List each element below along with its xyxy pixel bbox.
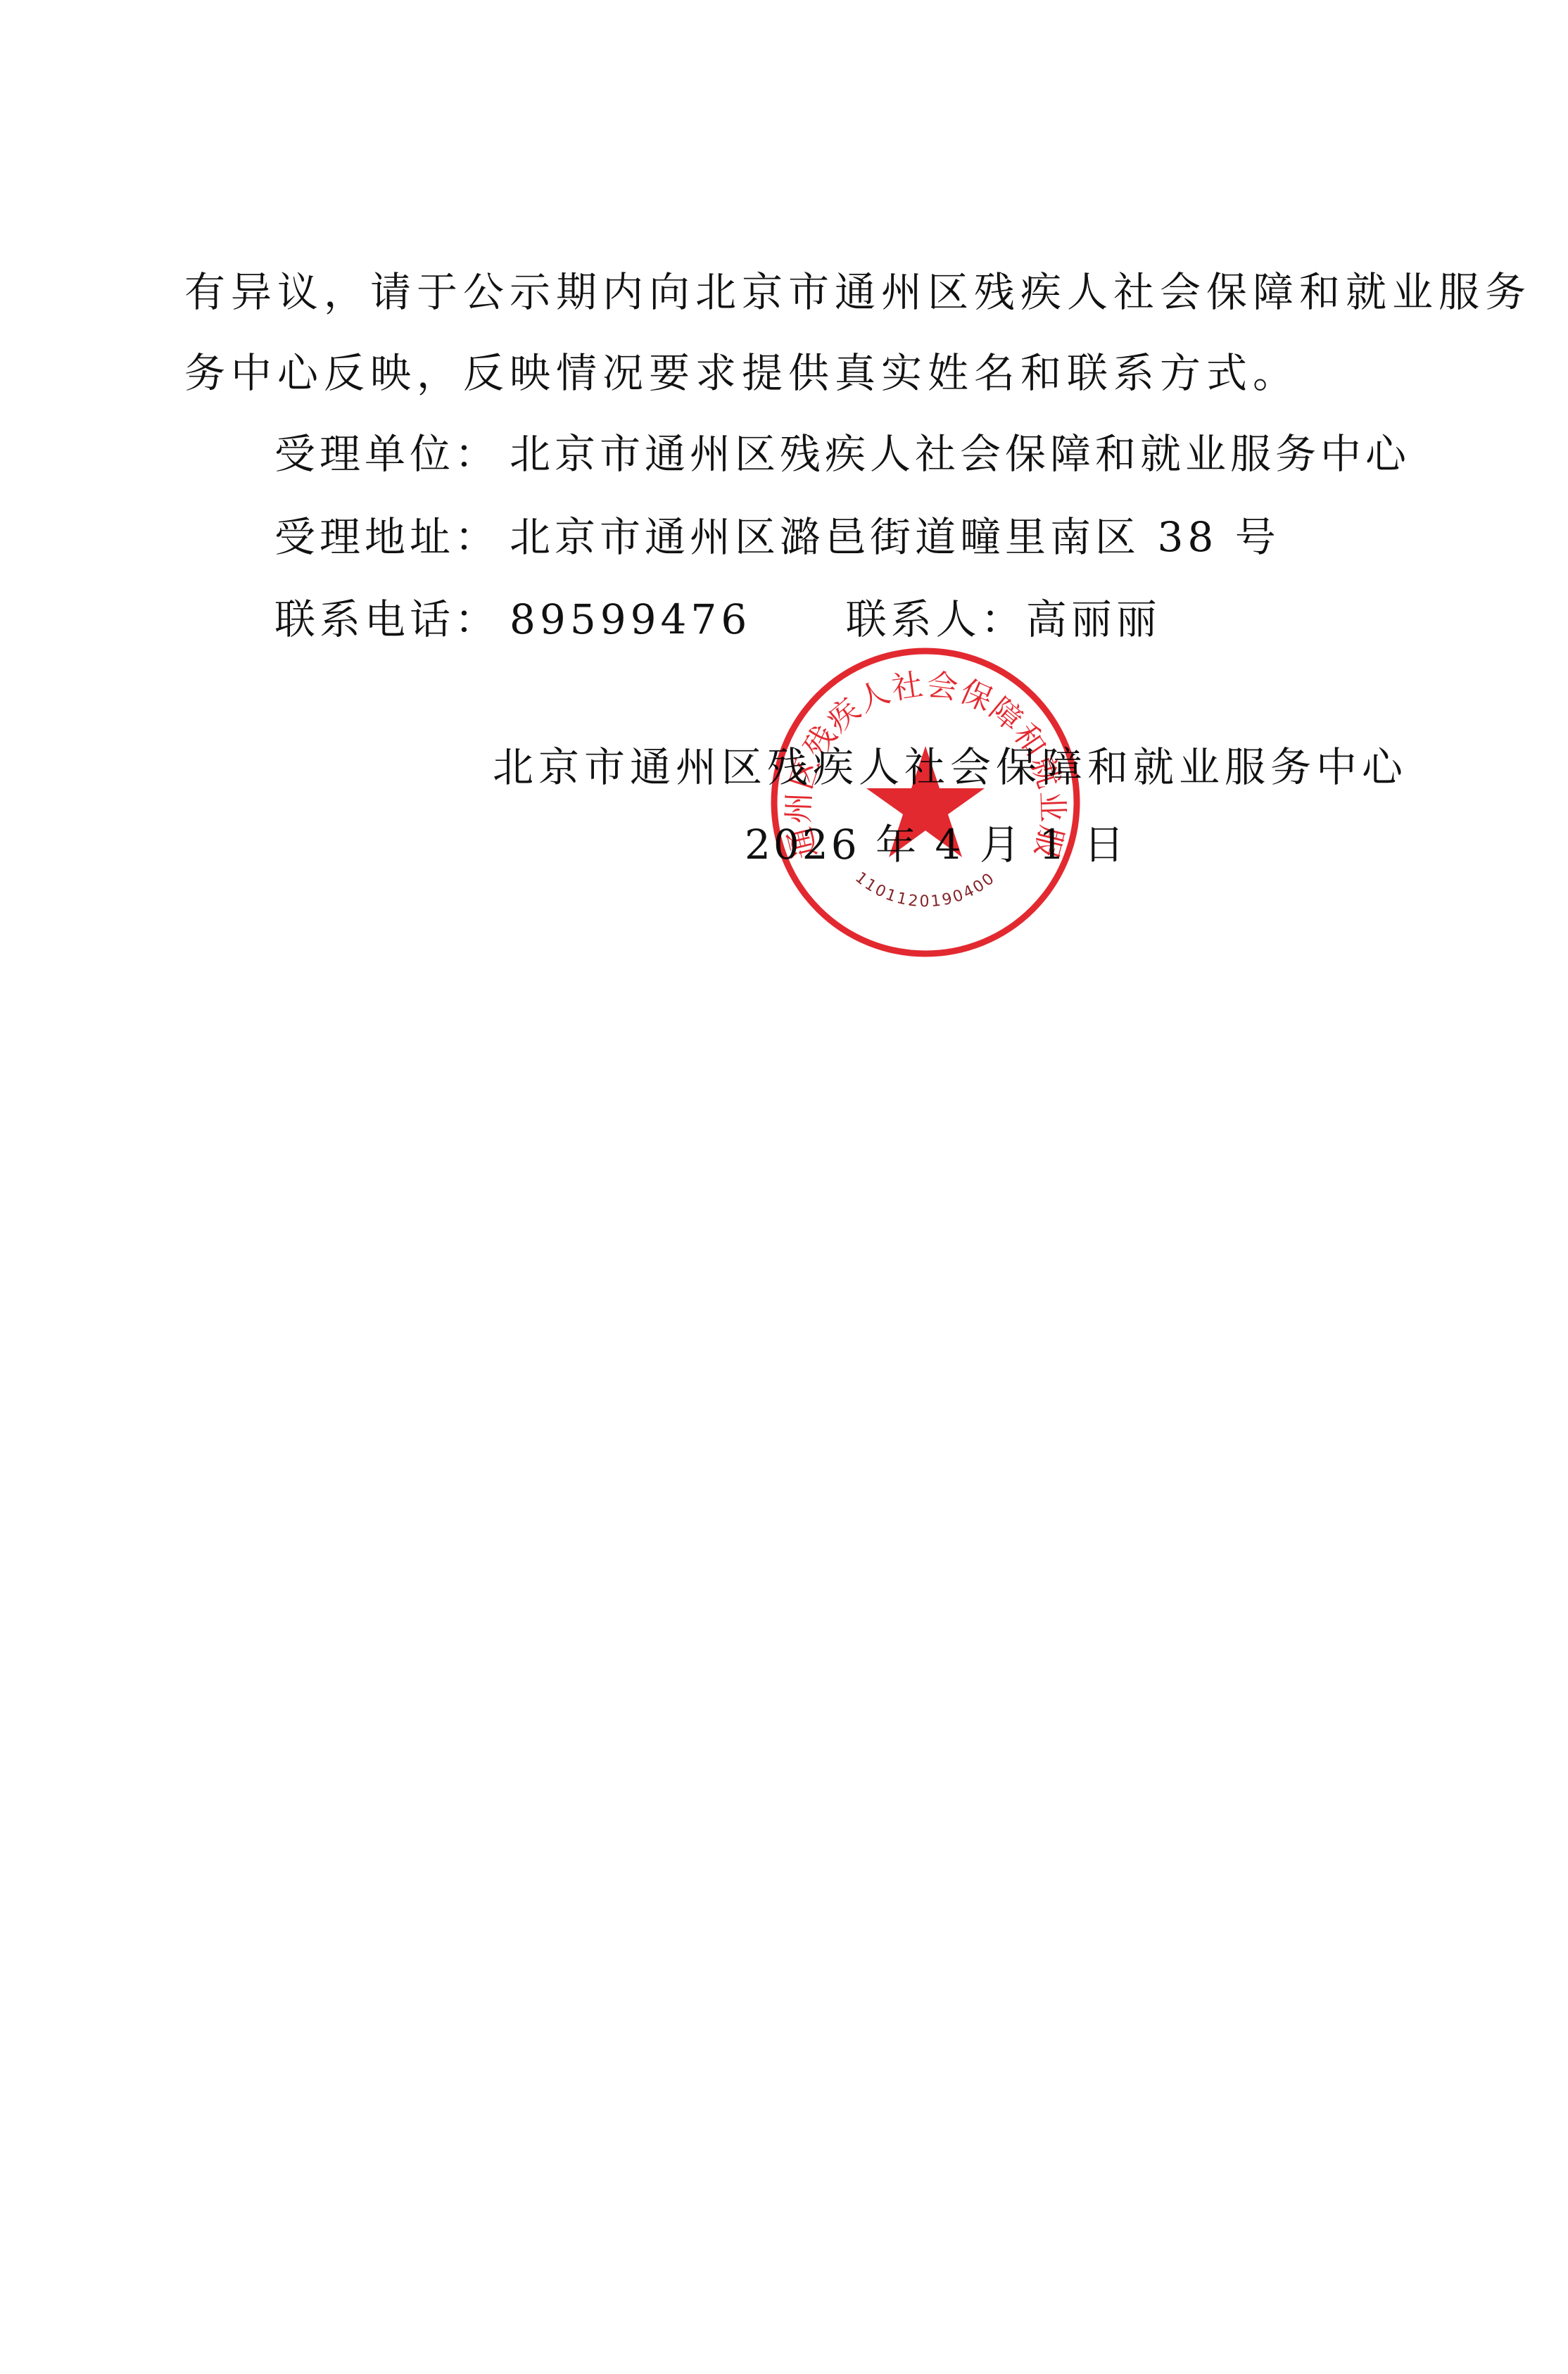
body-text-line-2: 务中心反映，反映情况要求提供真实姓名和联系方式。 <box>184 348 1299 398</box>
signature-organization: 北京市通州区残疾人社会保障和就业服务中心 <box>493 743 1408 792</box>
receiving-address-row: 受理地址：北京市通州区潞邑街道疃里南区 38 号 <box>274 512 1280 562</box>
contact-person: 联系人：高丽丽 <box>846 595 1161 644</box>
contact-phone-value: 89599476 <box>510 595 751 644</box>
contact-phone-label: 联系电话： <box>274 595 500 644</box>
signature-date: 2026 年 4 月 1 日 <box>745 820 1127 869</box>
receiving-unit-label: 受理单位： <box>274 429 500 479</box>
contact-person-value: 高丽丽 <box>1026 595 1161 643</box>
receiving-address-label: 受理地址： <box>274 512 500 562</box>
body-text-line-1: 有异议，请于公示期内向北京市通州区残疾人社会保障和就业服务 <box>184 267 1531 317</box>
document-page: 有异议，请于公示期内向北京市通州区残疾人社会保障和就业服务 务中心反映，反映情况… <box>0 0 1568 2374</box>
receiving-address-value: 北京市通州区潞邑街道疃里南区 38 号 <box>510 512 1280 562</box>
contact-person-label: 联系人： <box>846 595 1026 643</box>
official-seal-icon: 北京市通州区残疾人社会保障和就业服务中心 1101120190400 <box>764 640 1087 964</box>
seal-code: 1101120190400 <box>852 869 999 911</box>
contact-row: 联系电话：89599476 联系人：高丽丽 <box>274 595 1161 644</box>
svg-text:1101120190400: 1101120190400 <box>852 869 999 911</box>
receiving-unit-row: 受理单位：北京市通州区残疾人社会保障和就业服务中心 <box>274 429 1410 479</box>
receiving-unit-value: 北京市通州区残疾人社会保障和就业服务中心 <box>510 429 1410 479</box>
